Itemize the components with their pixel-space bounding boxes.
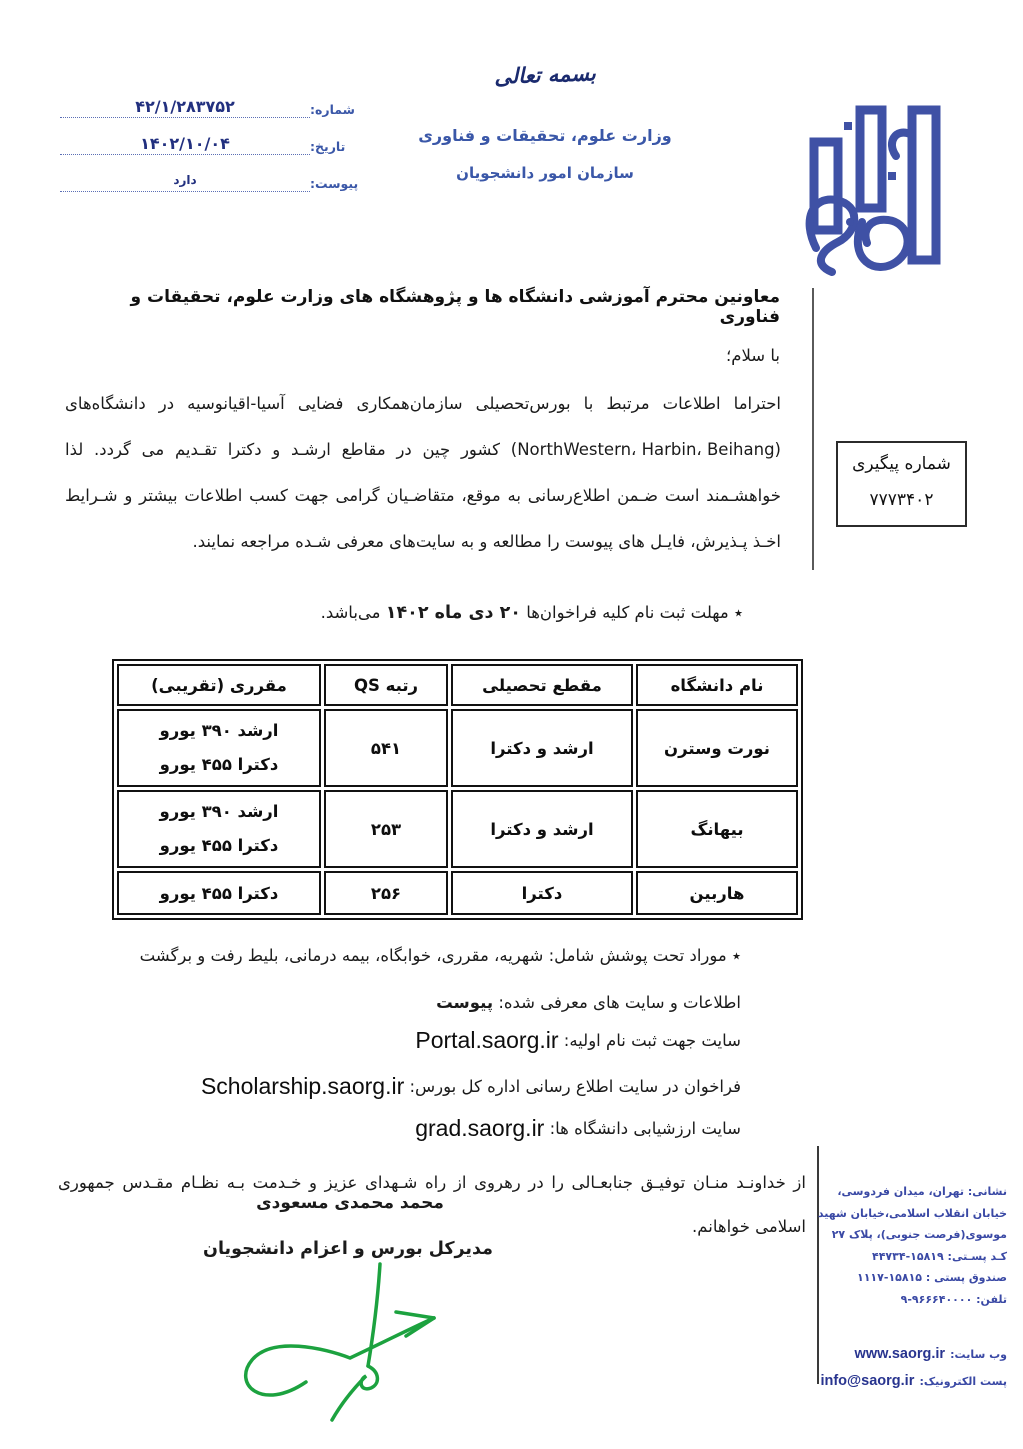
announcement-site-line: فراخوان در سایت اطلاع رسانی اداره کل بور… [201, 1073, 741, 1100]
website-url: www.saorg.ir [855, 1342, 946, 1367]
letter-attachment-label: پیوست: [310, 176, 358, 191]
registration-site-url: Portal.saorg.ir [415, 1027, 558, 1054]
signature-scribble [228, 1260, 496, 1425]
letter-date-row: تاریخ:۱۴۰۲/۱۰/۰۴ [60, 135, 440, 155]
table-row: هاربین دکترا ۲۵۶ دکترا ۴۵۵ یورو [117, 871, 798, 915]
announcement-site-label: فراخوان در سایت اطلاع رسانی اداره کل بور… [409, 1077, 741, 1096]
universities-latin-names: (NorthWestern، Harbin، Beihang) [511, 427, 781, 473]
cell-degree: ارشد و دکترا [451, 709, 633, 787]
letter-date-label: تاریخ: [310, 139, 345, 154]
announcement-site-url: Scholarship.saorg.ir [201, 1073, 404, 1100]
header-university: نام دانشگاه [636, 664, 798, 706]
recipient-line: معاونین محترم آموزشی دانشگاه ها و پژوهشگ… [65, 287, 780, 327]
evaluation-site-url: grad.saorg.ir [415, 1115, 544, 1142]
deadline-prefix: ٭ مهلت ثبت نام کلیه فراخوان‌ها [526, 603, 743, 622]
email-label: پست الکترونیک: [919, 1375, 1007, 1388]
official-letter-page: { "letterhead": { "besmellah": "بسمه تعا… [0, 0, 1023, 1449]
table-row: نورت وسترن ارشد و دکترا ۵۴۱ ارشد ۳۹۰ یور… [117, 709, 798, 787]
signer-name: محمد محمدی مسعودی [225, 1193, 475, 1213]
cell-stipend: ارشد ۳۹۰ یورو دکترا ۴۵۵ یورو [117, 790, 321, 868]
saorg-logo-icon [800, 100, 950, 292]
address-line: موسوی(فرصت جنوبی)، پلاک ۲۷ [812, 1224, 1007, 1246]
attachments-label: اطلاعات و سایت های معرفی شده: [498, 993, 741, 1012]
cell-stipend: دکترا ۴۵۵ یورو [117, 871, 321, 915]
stipend-line-masters: ارشد ۳۹۰ یورو [125, 795, 313, 829]
email-line: پست الکترونیک: info@saorg.ir [807, 1367, 1007, 1394]
registration-site-line: سایت جهت ثبت نام اولیه: Portal.saorg.ir [415, 1027, 741, 1054]
letter-attachment-line: دارد [60, 172, 310, 192]
website-line: وب سایت: www.saorg.ir [807, 1340, 1007, 1367]
besmellah-calligraphy: بسمه تعالی [420, 58, 671, 92]
coverage-note: ٭ موراد تحت پوشش شامل: شهریه، مقرری، خوا… [140, 946, 741, 965]
tracking-number: ۷۷۷۳۴۰۲ [838, 482, 965, 518]
table-row: بیهانگ ارشد و دکترا ۲۵۳ ارشد ۳۹۰ یورو دک… [117, 790, 798, 868]
attachments-note: اطلاعات و سایت های معرفی شده: پیوست [436, 993, 741, 1012]
deadline-suffix: می‌باشد. [321, 603, 381, 622]
letter-attachment-value: دارد [173, 173, 196, 187]
letter-attachment-row: پیوست:دارد [60, 172, 440, 192]
body-text-before: احتراما اطلاعات مرتبط با بورس‌تحصیلی ساز… [65, 394, 781, 413]
registration-site-label: سایت جهت ثبت نام اولیه: [564, 1031, 741, 1050]
stipend-line-phd: دکترا ۴۵۵ یورو [125, 748, 313, 782]
cell-university: بیهانگ [636, 790, 798, 868]
letter-date-line: ۱۴۰۲/۱۰/۰۴ [60, 135, 310, 155]
vertical-divider-top [812, 288, 814, 570]
letter-number-label: شماره: [310, 102, 355, 117]
cell-stipend: ارشد ۳۹۰ یورو دکترا ۴۵۵ یورو [117, 709, 321, 787]
deadline-line: ٭ مهلت ثبت نام کلیه فراخوان‌ها ۲۰ دی ماه… [321, 603, 743, 623]
postal-code: کـد پسـتی: ۱۵۸۱۹-۴۴۷۳۴ [812, 1246, 1007, 1268]
web-contact-block: وب سایت: www.saorg.ir پست الکترونیک: inf… [807, 1340, 1007, 1394]
address-line: نشانی: تهران، میدان فردوسی، [812, 1181, 1007, 1203]
website-label: وب سایت: [950, 1348, 1007, 1361]
letter-date-value: ۱۴۰۲/۱۰/۰۴ [140, 134, 230, 153]
letter-meta-fields: شماره:۴۲/۱/۲۸۳۷۵۲ تاریخ:۱۴۰۲/۱۰/۰۴ پیوست… [60, 98, 440, 209]
deadline-date: ۲۰ دی ماه ۱۴۰۲ [386, 603, 521, 623]
header-qs-rank: رتبه QS [324, 664, 448, 706]
table-header-row: نام دانشگاه مقطع تحصیلی رتبه QS مقرری (ت… [117, 664, 798, 706]
cell-university: هاربین [636, 871, 798, 915]
cell-qs-rank: ۲۵۶ [324, 871, 448, 915]
universities-table: نام دانشگاه مقطع تحصیلی رتبه QS مقرری (ت… [112, 659, 803, 920]
header-stipend: مقرری (تقریبی) [117, 664, 321, 706]
cell-qs-rank: ۵۴۱ [324, 709, 448, 787]
signer-title: مدیرکل بورس و اعزام دانشجویان [168, 1239, 528, 1259]
letter-number-row: شماره:۴۲/۱/۲۸۳۷۵۲ [60, 98, 440, 118]
attachments-value: پیوست [436, 993, 493, 1012]
cell-degree: دکترا [451, 871, 633, 915]
body-paragraph: احتراما اطلاعات مرتبط با بورس‌تحصیلی ساز… [65, 381, 781, 565]
salutation: با سلام؛ [65, 346, 780, 365]
tracking-number-box: شماره پیگیری ۷۷۷۳۴۰۲ [836, 441, 967, 527]
letter-number-line: ۴۲/۱/۲۸۳۷۵۲ [60, 98, 310, 118]
address-block: نشانی: تهران، میدان فردوسی، خیابان انقلا… [812, 1181, 1007, 1310]
po-box: صندوق پستی : ۱۵۸۱۵-۱۱۱۷ [812, 1267, 1007, 1289]
evaluation-site-label: سایت ارزشیابی دانشگاه ها: [550, 1119, 741, 1138]
cell-degree: ارشد و دکترا [451, 790, 633, 868]
phone-number: تلفن: ۹۶۶۶۴۰۰۰۰-۹ [812, 1289, 1007, 1311]
cell-qs-rank: ۲۵۳ [324, 790, 448, 868]
stipend-line-masters: ارشد ۳۹۰ یورو [125, 714, 313, 748]
letter-number-value: ۴۲/۱/۲۸۳۷۵۲ [135, 97, 235, 116]
stipend-line-phd: دکترا ۴۵۵ یورو [125, 829, 313, 863]
address-line: خیابان انقلاب اسلامی،خیابان شهید [812, 1203, 1007, 1225]
cell-university: نورت وسترن [636, 709, 798, 787]
email-address: info@saorg.ir [820, 1369, 914, 1394]
tracking-label: شماره پیگیری [838, 446, 965, 482]
header-degree: مقطع تحصیلی [451, 664, 633, 706]
evaluation-site-line: سایت ارزشیابی دانشگاه ها: grad.saorg.ir [415, 1115, 741, 1142]
